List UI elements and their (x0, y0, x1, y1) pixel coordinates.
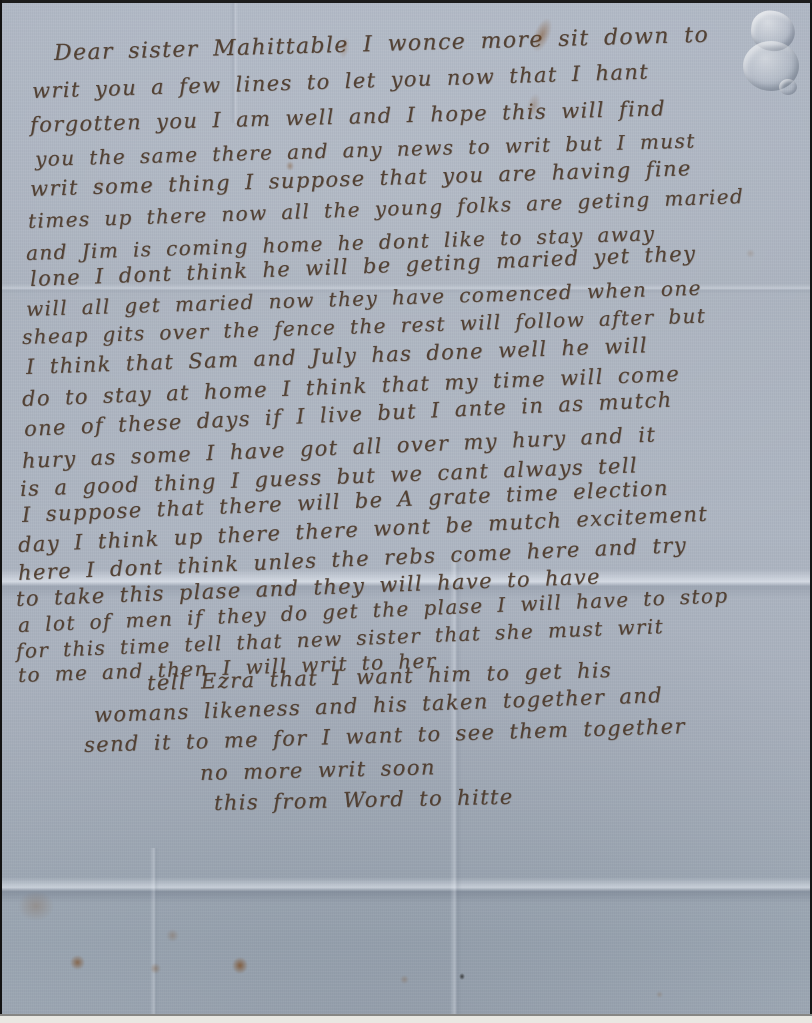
scan-bottom-strip (0, 1014, 812, 1023)
letter-line: writ you a few lines to let you now that… (32, 60, 650, 103)
letter-page: Dear sister Mahittable I wonce more sit … (2, 3, 810, 1023)
scanned-letter: Dear sister Mahittable I wonce more sit … (0, 0, 812, 1023)
letter-body: Dear sister Mahittable I wonce more sit … (2, 3, 810, 1023)
scan-edge-left (0, 0, 2, 1023)
letter-line: no more writ soon (200, 755, 436, 785)
scan-edge-top (0, 0, 812, 3)
embossed-seal-dot (779, 79, 797, 95)
letter-line: forgotten you I am well and I hope this … (30, 96, 667, 137)
embossed-seal (733, 9, 809, 103)
letter-line: this from Word to hitte (214, 785, 514, 815)
letter-line: Dear sister Mahittable I wonce more sit … (54, 23, 710, 66)
